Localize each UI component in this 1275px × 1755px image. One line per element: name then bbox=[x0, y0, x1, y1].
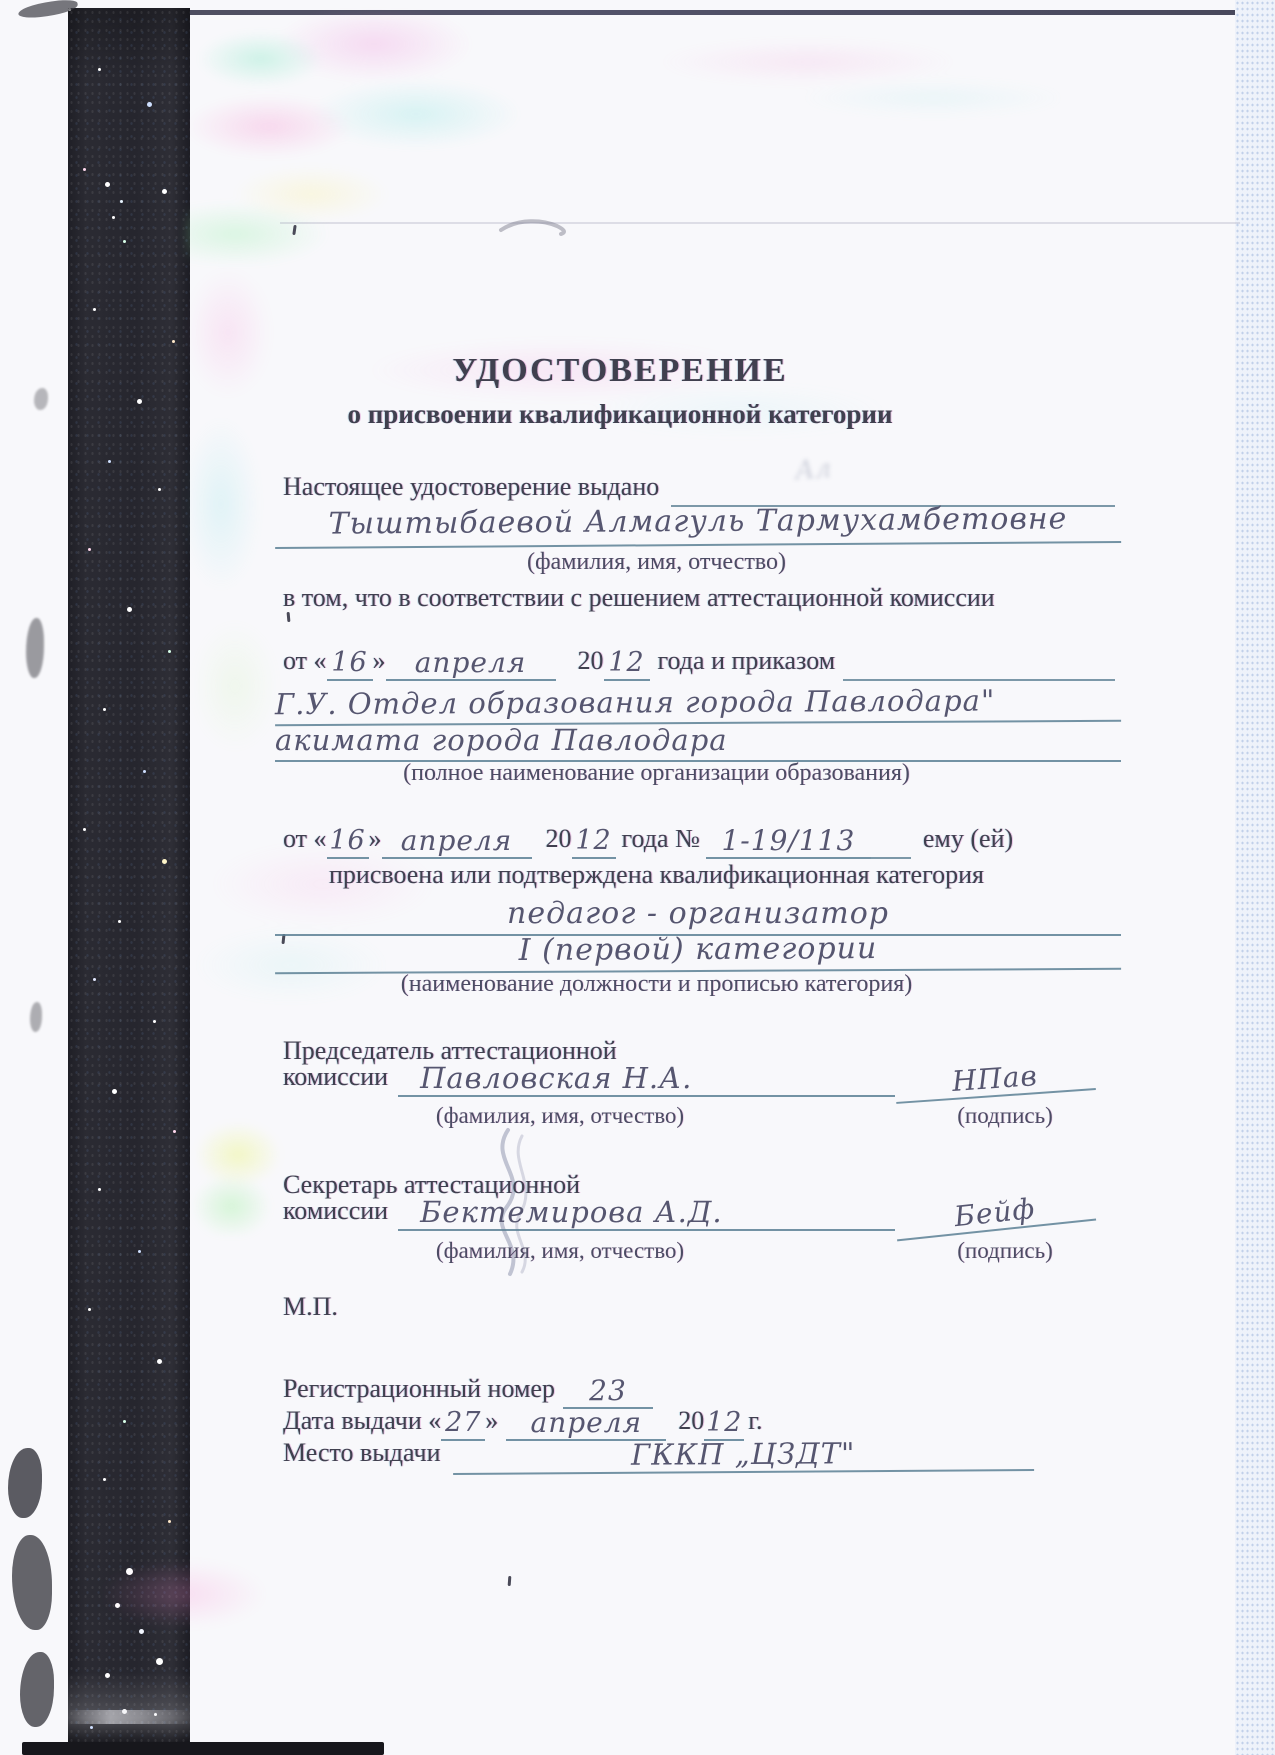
color-blotch-top-right bbox=[640, 35, 1060, 125]
order-quote-close: » bbox=[369, 824, 382, 859]
pencil-mark bbox=[495, 210, 575, 240]
decision-quote-close: » bbox=[373, 646, 386, 681]
registration-number-handwritten: 23 bbox=[563, 1376, 653, 1409]
issue-date-label: Дата выдачи « bbox=[283, 1406, 441, 1441]
margin-smudge bbox=[30, 1002, 42, 1032]
film-light-streak bbox=[68, 1710, 190, 1724]
order-number-handwritten: 1-19/113 bbox=[706, 826, 871, 859]
decision-month-handwritten: апреля bbox=[386, 648, 556, 681]
decision-tail-label: года и приказом bbox=[658, 646, 836, 681]
decision-from-label: от « bbox=[283, 646, 327, 681]
order-month-handwritten: апреля bbox=[382, 826, 532, 859]
margin-smudge bbox=[26, 618, 44, 678]
order-from-label: от « bbox=[283, 824, 327, 859]
order-number-label: года № bbox=[622, 824, 700, 859]
chairman-signature: НПав bbox=[894, 1057, 1096, 1104]
category-statement: присвоена или подтверждена квалификацион… bbox=[283, 860, 1030, 890]
organization-caption: (полное наименование организации образов… bbox=[283, 760, 1030, 787]
ink-speck bbox=[292, 225, 296, 235]
chairman-sign-caption: (подпись) bbox=[915, 1103, 1095, 1129]
chairman-name-caption: (фамилия, имя, отчество) bbox=[390, 1103, 730, 1129]
decision-year-handwritten: 12 bbox=[604, 649, 650, 681]
secretary-role-line2: комиссии bbox=[283, 1196, 388, 1231]
chairman-name-handwritten: Павловская Н.А. bbox=[398, 1063, 895, 1097]
ink-speck bbox=[508, 1576, 512, 1586]
margin-smudge bbox=[20, 1652, 54, 1727]
issue-date-quote-close: » bbox=[485, 1406, 498, 1441]
secretary-signature: Бейф bbox=[894, 1187, 1096, 1241]
order-year-print: 20 bbox=[546, 824, 572, 859]
scan-right-edge-strip bbox=[1235, 0, 1275, 1755]
decision-year-print: 20 bbox=[578, 646, 604, 681]
margin-smudge bbox=[34, 388, 48, 410]
scan-film-strip bbox=[68, 8, 190, 1742]
category-caption: (наименование должности и прописью катег… bbox=[283, 971, 1030, 998]
secretary-name-caption: (фамилия, имя, отчество) bbox=[390, 1238, 730, 1264]
registration-label: Регистрационный номер bbox=[283, 1374, 555, 1409]
issue-date-month-handwritten: апреля bbox=[506, 1408, 666, 1441]
secretary-sign-caption: (подпись) bbox=[915, 1238, 1095, 1264]
recipient-name-caption: (фамилия, имя, отчество) bbox=[283, 549, 1030, 576]
issue-date-tail: г. bbox=[748, 1406, 762, 1441]
order-day-handwritten: 16 bbox=[327, 827, 369, 859]
certificate-title: УДОСТОВЕРЕНИЕ bbox=[200, 352, 1040, 390]
issue-place-label: Место выдачи bbox=[283, 1438, 441, 1473]
scan-bottom-edge-strip bbox=[22, 1742, 384, 1755]
scan-top-edge-line bbox=[70, 10, 1242, 15]
scanned-certificate-page: Ал УДОСТОВЕРЕНИЕ о присвоении квалификац… bbox=[0, 0, 1275, 1755]
decision-day-handwritten: 16 bbox=[327, 649, 373, 681]
order-tail-label: ему (ей) bbox=[923, 824, 1013, 859]
category-line2-handwritten: I (первой) категории bbox=[275, 928, 1121, 974]
chairman-role-line2: комиссии bbox=[283, 1062, 388, 1097]
ink-speck bbox=[287, 612, 291, 622]
margin-smudge bbox=[8, 1448, 42, 1518]
blank-line bbox=[871, 851, 911, 859]
organization-line2-handwritten: акимата города Павлодара bbox=[275, 720, 1121, 762]
certificate-subtitle: о присвоении квалификационной категории bbox=[200, 399, 1040, 430]
film-noise-texture bbox=[68, 8, 190, 1742]
secretary-name-handwritten: Бектемирова А.Д. bbox=[398, 1197, 895, 1231]
issue-place-handwritten: ГККП „ЦЗДТ" bbox=[452, 1437, 1033, 1475]
seal-place-label: М.П. bbox=[283, 1292, 338, 1322]
order-year-handwritten: 12 bbox=[572, 827, 616, 859]
recipient-name-handwritten: Тыштыбаевой Алмагуль Тармухамбетовне bbox=[275, 497, 1121, 549]
issue-date-year-print: 20 bbox=[678, 1406, 704, 1441]
statement-line: в том, что в соответствии с решением атт… bbox=[283, 583, 995, 613]
margin-smudge bbox=[12, 1535, 52, 1630]
scanner-line-artifact bbox=[280, 222, 1240, 224]
issue-date-day-handwritten: 27 bbox=[441, 1409, 485, 1441]
